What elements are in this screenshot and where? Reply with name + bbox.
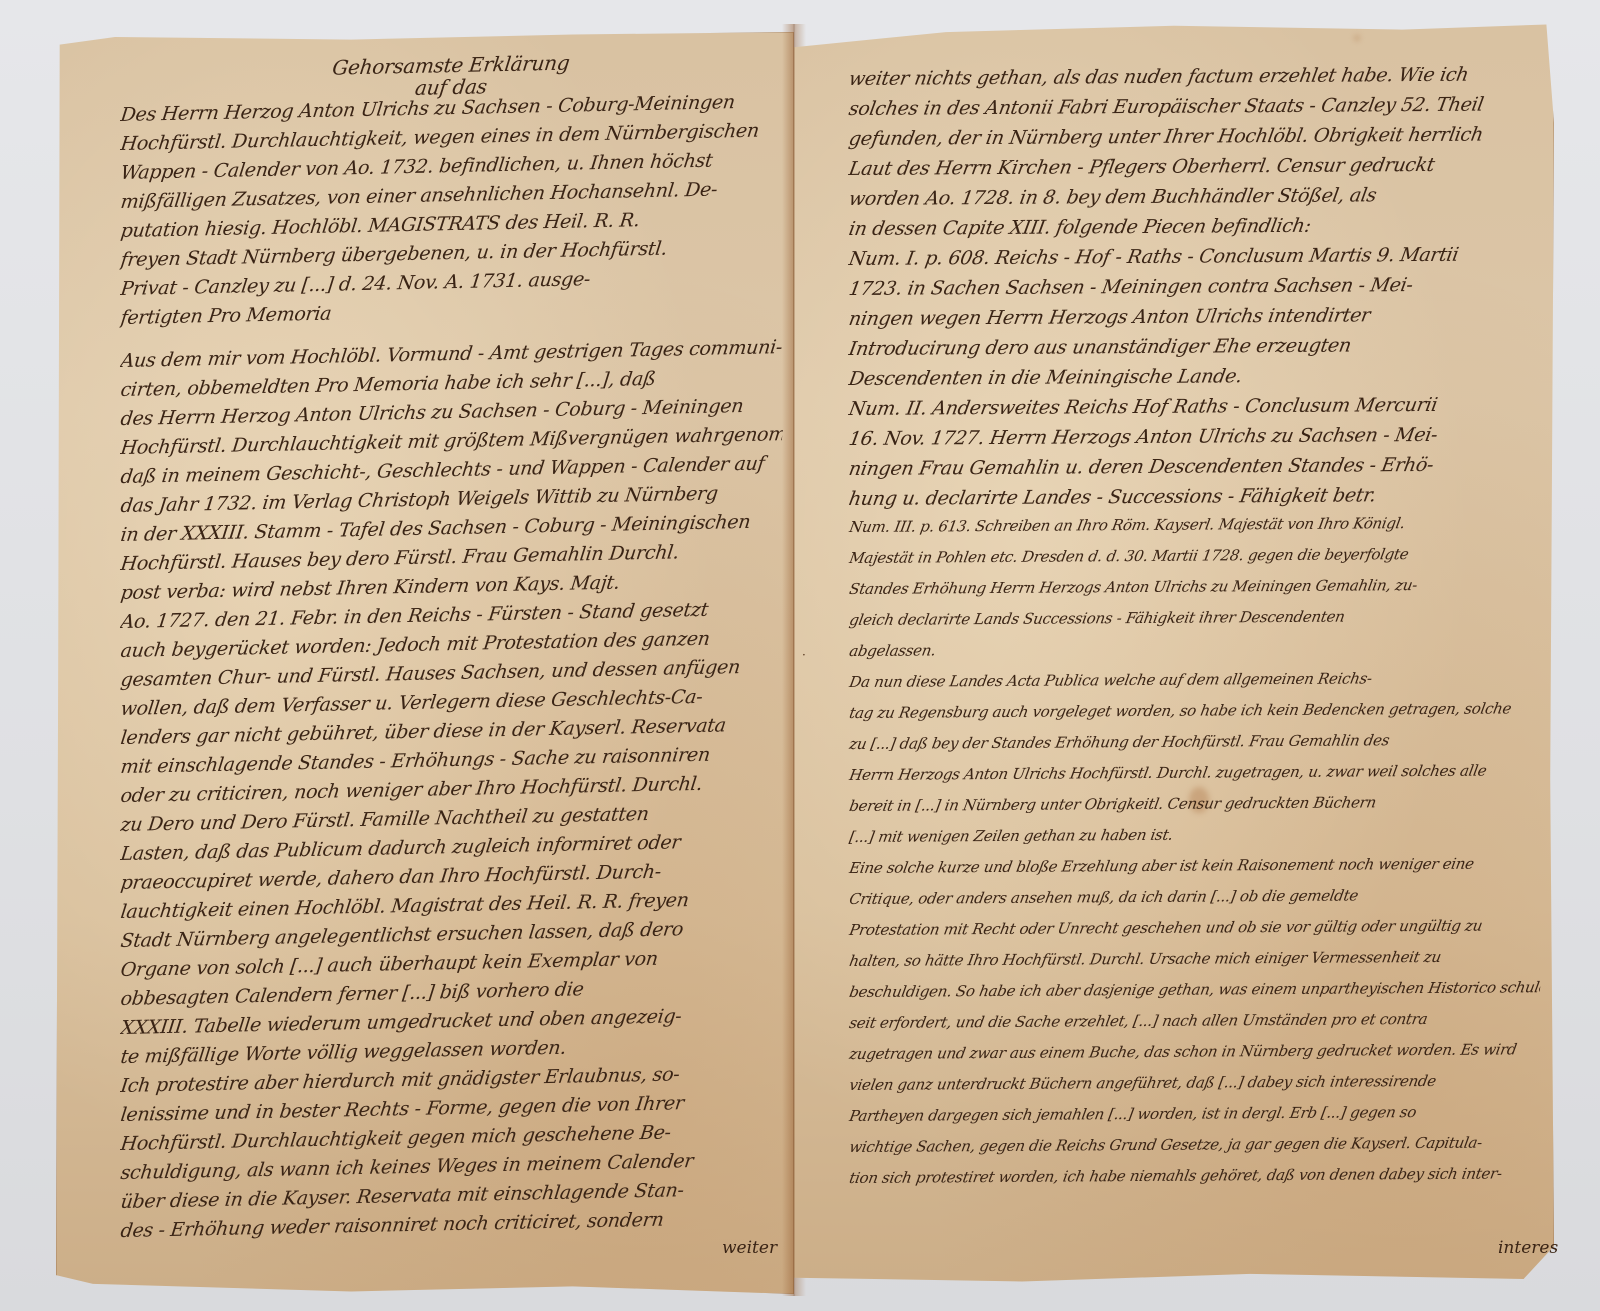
manuscript-line: Critique, oder anders ansehen muß, da ic… [845,887,1541,923]
manuscript-line: abgelassen. [845,639,1541,675]
margin-mark: · [802,648,806,662]
manuscript-line: Laut des Herrn Kirchen - Pflegers Oberhe… [845,155,1541,190]
manuscript-line: Protestation mit Recht oder Unrecht gesc… [845,918,1541,954]
manuscript-line: Num. III. p. 613. Schreiben an Ihro Röm.… [845,515,1541,551]
manuscript-line: 1723. in Sachen Sachsen - Meiningen cont… [845,275,1541,310]
manuscript-line: beschuldigen. So habe ich aber dasjenige… [845,980,1541,1016]
manuscript-line: 16. Nov. 1727. Herrn Herzogs Anton Ulric… [845,425,1541,460]
manuscript-line: Standes Erhöhung Herrn Herzogs Anton Ulr… [845,577,1541,613]
manuscript-line: Descendenten in die Meiningische Lande. [845,365,1541,400]
manuscript-line: gefunden, der in Nürnberg unter Ihrer Ho… [845,125,1541,160]
manuscript-line: Introducirung dero aus unanständiger Ehe… [845,335,1541,370]
manuscript-line: tag zu Regensburg auch vorgeleget worden… [845,701,1541,737]
manuscript-line: worden Ao. 1728. in 8. bey dem Buchhändl… [845,185,1541,220]
manuscript-line: [...] mit wenigen Zeilen gethan zu haben… [845,825,1541,861]
manuscript-line: Num. I. p. 608. Reichs - Hof - Raths - C… [845,245,1541,280]
manuscript-line: tion sich protestiret worden, ich habe n… [845,1166,1541,1202]
manuscript-line: Num. II. Andersweites Reichs Hof Raths -… [845,395,1541,430]
manuscript-line: wichtige Sachen, gegen die Reichs Grund … [845,1135,1541,1171]
manuscript-spread: Gehorsamste Erklärungauf dasDes Herrn He… [0,0,1600,1311]
right-page-text: weiter nichts gethan, als das nuden fact… [848,70,1538,1202]
manuscript-line: bereit in [...] in Nürnberg unter Obrigk… [845,794,1541,830]
manuscript-line: zugetragen und zwar aus einem Buche, das… [845,1042,1541,1078]
manuscript-line: halten, so hätte Ihro Hochfürstl. Durchl… [845,949,1541,985]
manuscript-line: solches in des Antonii Fabri Europäische… [845,95,1541,130]
right-page-catchword: interes [1498,1238,1558,1258]
manuscript-line: in dessen Capite XIII. folgende Piecen b… [845,215,1541,250]
manuscript-line: gleich declarirte Lands Successions - Fä… [845,608,1541,644]
manuscript-line: Da nun diese Landes Acta Publica welche … [845,670,1541,706]
manuscript-line: ningen Frau Gemahlin u. deren Descendent… [845,455,1541,490]
manuscript-line: Majestät in Pohlen etc. Dresden d. d. 30… [845,546,1541,582]
manuscript-line: ningen wegen Herrn Herzogs Anton Ulrichs… [845,305,1541,340]
manuscript-line: Herrn Herzogs Anton Ulrichs Hochfürstl. … [845,763,1541,799]
manuscript-line: zu [...] daß bey der Standes Erhöhung de… [845,732,1541,768]
manuscript-line: weiter nichts gethan, als das nuden fact… [845,65,1541,100]
manuscript-line: Partheyen dargegen sich jemahlen [...] w… [845,1104,1541,1140]
manuscript-line: Eine solche kurze und bloße Erzehlung ab… [845,856,1541,892]
left-page-text: Gehorsamste Erklärungauf dasDes Herrn He… [120,62,780,1251]
manuscript-line: vielen ganz unterdruckt Büchern angeführ… [845,1073,1541,1109]
left-page-catchword: weiter [722,1238,777,1258]
manuscript-line: seit erfordert, und die Sache erzehlet, … [845,1011,1541,1047]
manuscript-line: hung u. declarirte Landes - Successions … [845,485,1541,520]
